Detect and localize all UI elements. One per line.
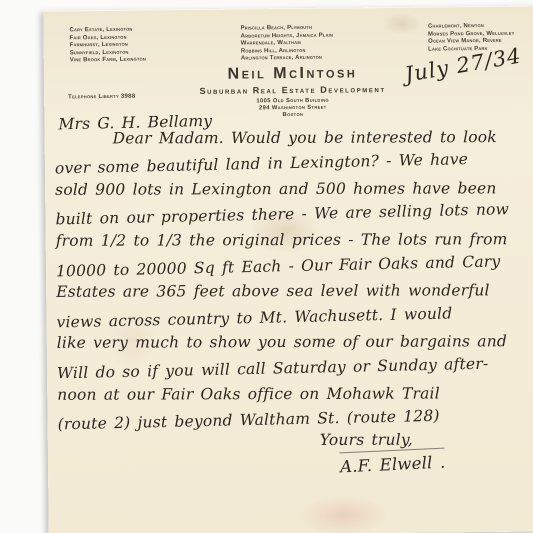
development-column-left: Cary Estate, Lexington Fair Oaks, Lexing… xyxy=(69,27,146,66)
paper-stain xyxy=(298,495,388,533)
letter-paper: Cary Estate, Lexington Fair Oaks, Lexing… xyxy=(43,5,533,533)
letter-body: Mrs G. H. Bellamy Dear Madam. Would you … xyxy=(54,104,533,482)
signature: A.F. Elwell . xyxy=(339,448,446,480)
telephone-line: Telephone Liberty 3988 xyxy=(68,94,135,101)
development-item: Vine Brook Farm, Lexington xyxy=(70,57,146,65)
photo-background: Cary Estate, Lexington Fair Oaks, Lexing… xyxy=(0,0,533,533)
development-item: Arlington Terrace, Arlington xyxy=(241,55,333,64)
development-column-center: Priscilla Beach, Plymouth Arboretum Heig… xyxy=(241,25,334,64)
